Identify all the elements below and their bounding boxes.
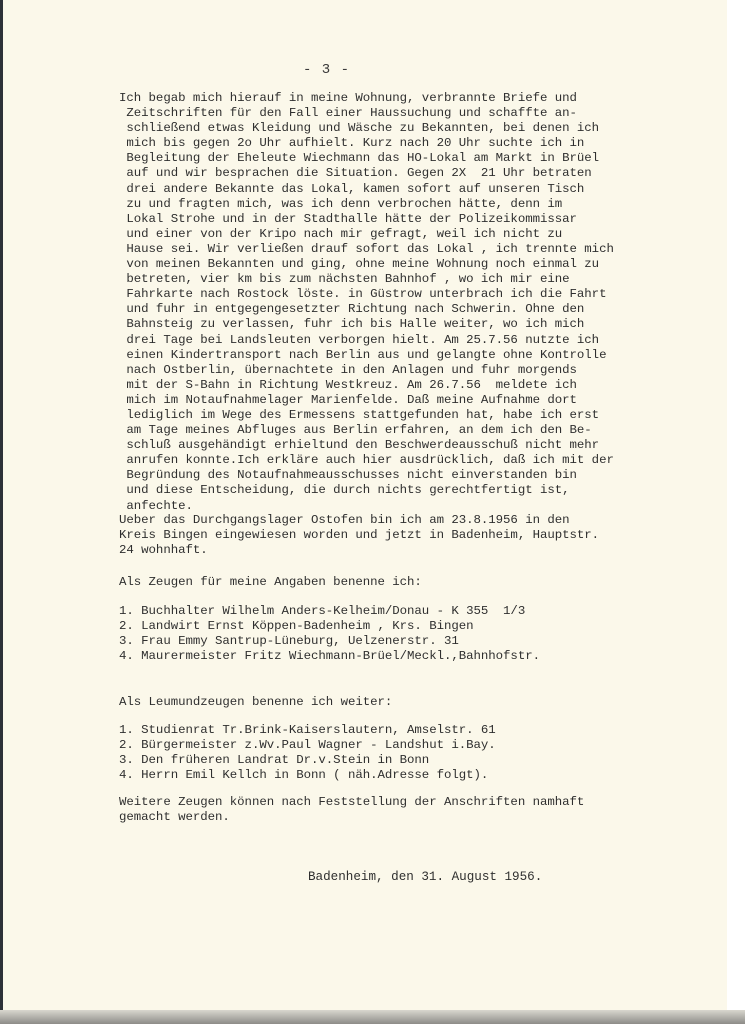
text-line: Begleitung der Eheleute Wiechmann das HO… [119,151,719,166]
text-line: drei Tage bei Landsleuten verborgen hiel… [119,333,719,348]
witness-item: 1. Buchhalter Wilhelm Anders-Kelheim/Don… [119,604,719,619]
text-line: schließend etwas Kleidung und Wäsche zu … [119,121,719,136]
text-line: Lokal Strohe und in der Stadthalle hätte… [119,212,719,227]
text-line: auf und wir besprachen die Situation. Ge… [119,166,719,181]
text-line: nach Ostberlin, übernachtete in den Anla… [119,363,719,378]
document-page: - 3 - Ich begab mich hierauf in meine Wo… [0,0,727,1010]
character-witness-item: 4. Herrn Emil Kellch in Bonn ( näh.Adres… [119,768,719,783]
text-line: Begründung des Notaufnahmeausschusses ni… [119,468,719,483]
text-line: Hause sei. Wir verließen drauf sofort da… [119,242,719,257]
page-number: - 3 - [303,62,350,78]
character-witness-item: 2. Bürgermeister z.Wv.Paul Wagner - Land… [119,738,719,753]
text-line: am Tage meines Abfluges aus Berlin erfah… [119,423,719,438]
witness-item: 2. Landwirt Ernst Köppen-Badenheim , Krs… [119,619,719,634]
text-line: Zeitschriften für den Fall einer Haussuc… [119,106,719,121]
text-line: von meinen Bekannten und ging, ohne mein… [119,257,719,272]
text-line: betreten, vier km bis zum nächsten Bahnh… [119,272,719,287]
text-line: anrufen konnte.Ich erkläre auch hier aus… [119,453,719,468]
text-line: und fuhr in entgegengesetzter Richtung n… [119,302,719,317]
text-line: mit der S-Bahn in Richtung Westkreuz. Am… [119,378,719,393]
text-line: Ich begab mich hierauf in meine Wohnung,… [119,91,719,106]
transit-camp-paragraph: Ueber das Durchgangslager Ostofen bin ic… [119,513,719,558]
text-line: mich bis gegen 2o Uhr aufhielt. Kurz nac… [119,136,719,151]
text-line: drei andere Bekannte das Lokal, kamen so… [119,182,719,197]
main-paragraph: Ich begab mich hierauf in meine Wohnung,… [119,91,719,514]
character-witnesses-heading: Als Leumundzeugen benenne ich weiter: [119,695,719,710]
character-witness-item: 1. Studienrat Tr.Brink-Kaiserslautern, A… [119,723,719,738]
witness-item: 4. Maurermeister Fritz Wiechmann-Brüel/M… [119,649,719,664]
text-line: zu und fragten mich, was ich denn verbro… [119,197,719,212]
text-line: Kreis Bingen eingewiesen worden und jetz… [119,528,719,543]
place-date-line: Badenheim, den 31. August 1956. [308,870,542,884]
witness-item: 3. Frau Emmy Santrup-Lüneburg, Uelzeners… [119,634,719,649]
witnesses-heading: Als Zeugen für meine Angaben benenne ich… [119,575,719,590]
text-line: Ueber das Durchgangslager Ostofen bin ic… [119,513,719,528]
text-line: lediglich im Wege des Ermessens stattgef… [119,408,719,423]
text-line: mich im Notaufnahmelager Marienfelde. Da… [119,393,719,408]
text-line: Bahnsteig zu verlassen, fuhr ich bis Hal… [119,317,719,332]
text-line: 24 wohnhaft. [119,543,719,558]
text-line: schluß ausgehändigt erhieltund den Besch… [119,438,719,453]
character-witness-item: 3. Den früheren Landrat Dr.v.Stein in Bo… [119,753,719,768]
text-line: gemacht werden. [119,810,719,825]
witnesses-list: 1. Buchhalter Wilhelm Anders-Kelheim/Don… [119,604,719,664]
text-line: und einer von der Kripo nach mir gefragt… [119,227,719,242]
text-line: Fahrkarte nach Rostock löste. in Güstrow… [119,287,719,302]
text-line: und diese Entscheidung, die durch nichts… [119,483,719,498]
scan-margin [727,0,745,1010]
text-line: einen Kindertransport nach Berlin aus un… [119,348,719,363]
scan-bottom-edge [0,1010,745,1024]
text-line: Weitere Zeugen können nach Feststellung … [119,795,719,810]
character-witnesses-list: 1. Studienrat Tr.Brink-Kaiserslautern, A… [119,723,719,783]
closing-paragraph: Weitere Zeugen können nach Feststellung … [119,795,719,825]
text-line: anfechte. [119,499,719,514]
